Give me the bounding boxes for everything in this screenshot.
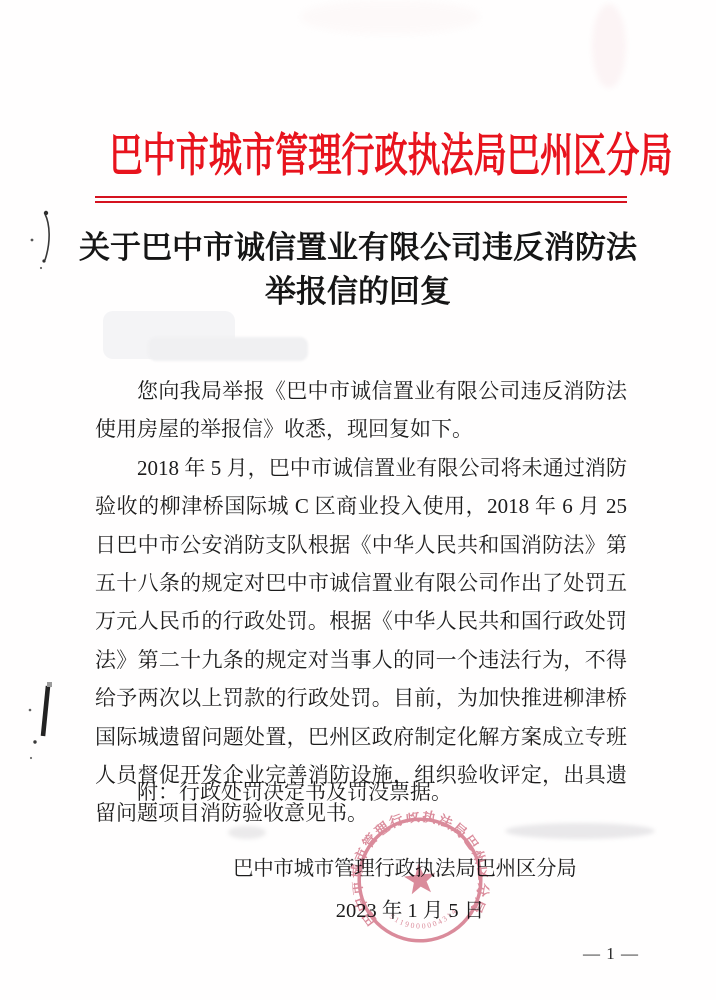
page-number: — 1 — [556,944,666,964]
scan-smudge [592,4,626,88]
letterhead-rule-top [95,196,627,198]
greeting-paragraph: 您向我局举报《巴中市诚信置业有限公司违反消防法使用房屋的举报信》收悉，现回复如下… [95,372,627,449]
document-title-line2: 举报信的回复 [68,270,648,314]
document-title: 关于巴中市诚信置业有限公司违反消防法 举报信的回复 [68,226,648,314]
scan-smudge [228,826,266,839]
seal-code-text: 5119000004314 [387,905,461,934]
scan-smudge [505,823,655,839]
letterhead-rule-bottom [95,201,627,203]
document-page: 巴中市城市管理行政执法局巴州区分局 关于巴中市诚信置业有限公司违反消防法 举报信… [0,0,716,1000]
document-title-line1: 关于巴中市诚信置业有限公司违反消防法 [68,226,648,270]
seal-star-icon [403,862,437,895]
main-paragraph: 2018 年 5 月，巴中市诚信置业有限公司将未通过消防验收的柳津桥国际城 C … [95,449,627,833]
scan-artifact-staple-top [24,200,64,272]
official-seal: 巴中市城市管理行政执法局巴州区分局 5119000004314 [345,805,494,954]
scan-artifact-staple-bottom [22,676,66,760]
attachment-note: 附：行政处罚决定书及罚没票据。 [95,777,627,807]
redacted-recipient-blur [148,337,308,361]
letterhead-agency-text: 巴中市城市管理行政执法局巴州区分局 [109,128,672,184]
body-text: 您向我局举报《巴中市诚信置业有限公司违反消防法使用房屋的举报信》收悉，现回复如下… [95,372,627,833]
letterhead-agency: 巴中市城市管理行政执法局巴州区分局 [0,128,716,184]
scan-smudge [300,0,480,34]
